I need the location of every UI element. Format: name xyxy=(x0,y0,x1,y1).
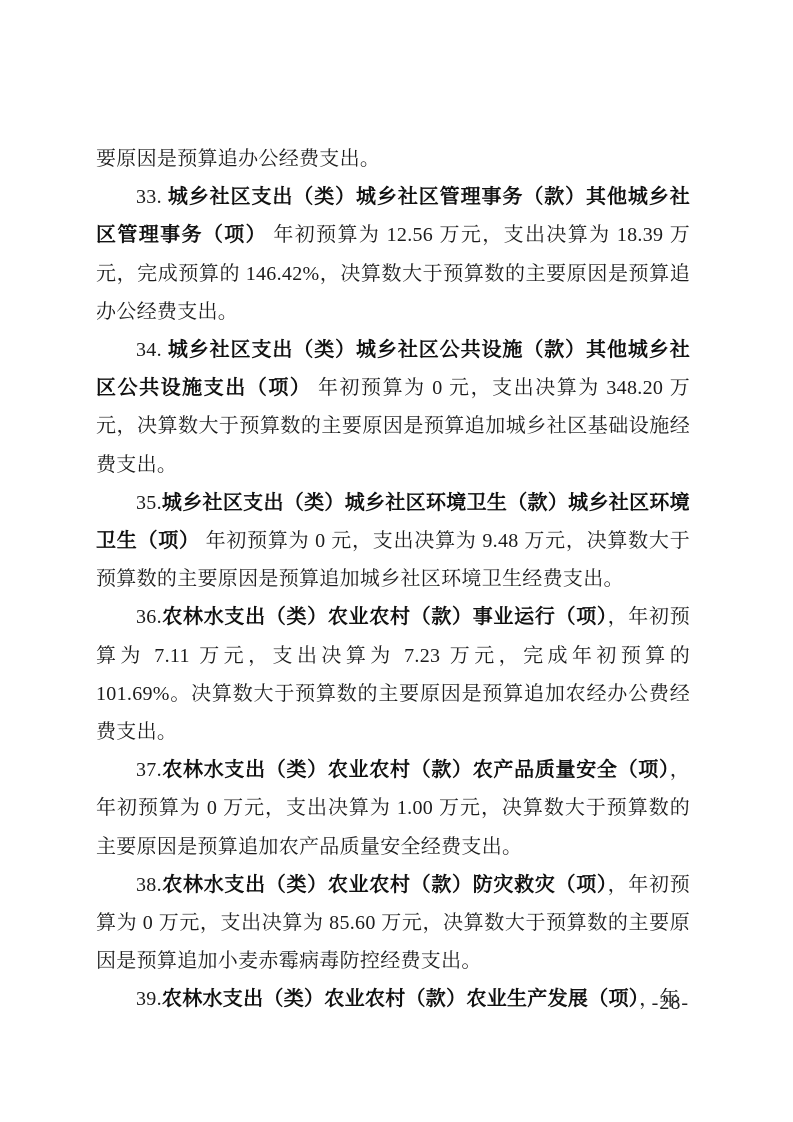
paragraph-text: 要原因是预算追办公经费支出。 xyxy=(96,148,380,170)
page-number: -28- xyxy=(652,992,689,1015)
paragraph: 37.农林水支出（类）农业农村（款）农产品质量安全（项），年初预算为 0 万元，… xyxy=(96,751,690,866)
paragraph-text: 33. xyxy=(136,186,168,208)
paragraph-text: 39. xyxy=(136,988,162,1010)
budget-item-title: 农林水支出（类）农业农村（款）农产品质量安全（项） xyxy=(162,759,670,781)
paragraph-text: 34. xyxy=(136,339,168,361)
budget-item-title: 农林水支出（类）农业农村（款）防灾救灾（项） xyxy=(162,874,608,896)
text-block: 要原因是预算追办公经费支出。33. 城乡社区支出（类）城乡社区管理事务（款）其他… xyxy=(96,140,690,1019)
paragraph-text: 36. xyxy=(136,606,162,628)
paragraph-text: 38. xyxy=(136,874,162,896)
paragraph: 33. 城乡社区支出（类）城乡社区管理事务（款）其他城乡社区管理事务（项） 年初… xyxy=(96,178,690,331)
paragraph-text: 37. xyxy=(136,759,162,781)
paragraph: 38.农林水支出（类）农业农村（款）防灾救灾（项），年初预算为 0 万元，支出决… xyxy=(96,866,690,981)
document-page: 要原因是预算追办公经费支出。33. 城乡社区支出（类）城乡社区管理事务（款）其他… xyxy=(0,0,793,1122)
paragraph: 35.城乡社区支出（类）城乡社区环境卫生（款）城乡社区环境卫生（项） 年初预算为… xyxy=(96,484,690,599)
paragraph: 34. 城乡社区支出（类）城乡社区公共设施（款）其他城乡社区公共设施支出（项） … xyxy=(96,331,690,484)
paragraph: 要原因是预算追办公经费支出。 xyxy=(96,140,690,178)
budget-item-title: 农林水支出（类）农业农村（款）事业运行（项） xyxy=(162,606,608,628)
budget-item-title: 农林水支出（类）农业农村（款）农业生产发展（项） xyxy=(162,988,639,1010)
paragraph: 39.农林水支出（类）农业农村（款）农业生产发展（项），年 xyxy=(96,980,690,1018)
paragraph-text: 35. xyxy=(136,492,162,514)
paragraph: 36.农林水支出（类）农业农村（款）事业运行（项），年初预算为 7.11 万元，… xyxy=(96,598,690,751)
